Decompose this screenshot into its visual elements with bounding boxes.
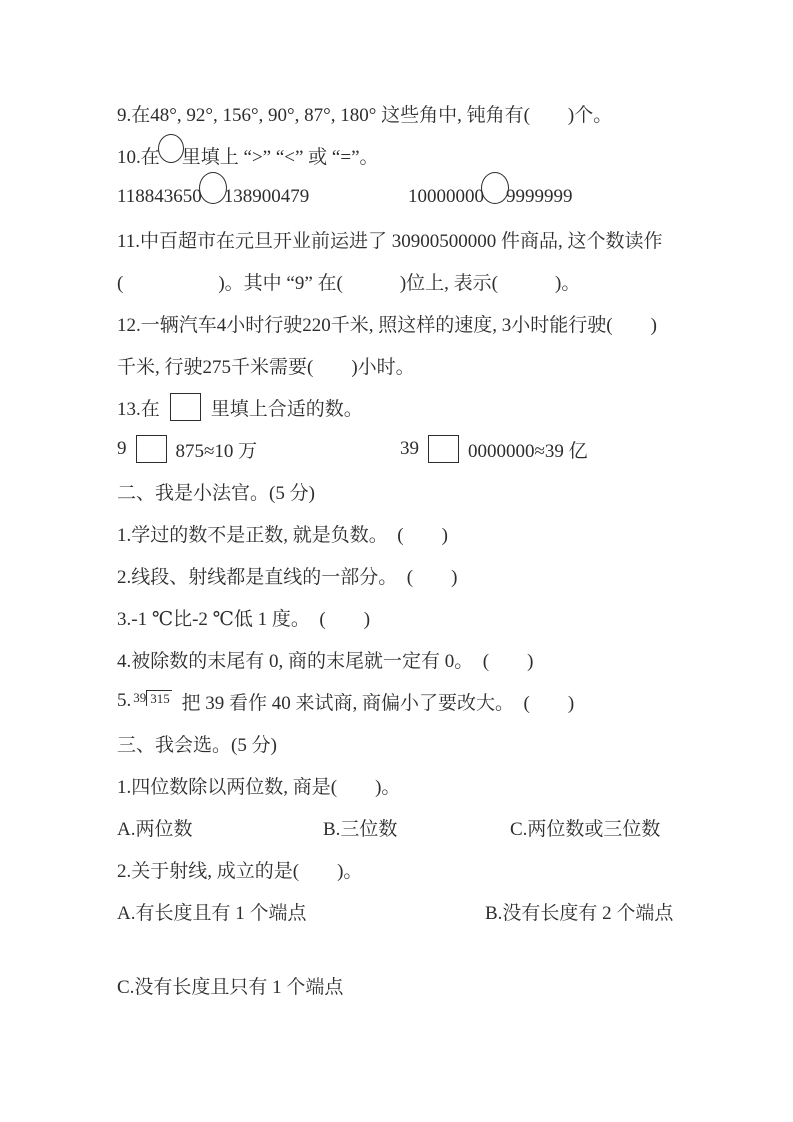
exam-content: 9.在48°, 92°, 156°, 90°, 87°, 180° 这些角中, … <box>117 92 737 1006</box>
question-11-line2: ( )。其中 “9” 在( )位上, 表示( )。 <box>117 260 737 302</box>
question-10-suffix: 里填上 “>” “<” 或 “=”。 <box>182 142 379 169</box>
answer-box-icon <box>136 435 167 463</box>
exam-page: 9.在48°, 92°, 156°, 90°, 87°, 180° 这些角中, … <box>0 0 793 1122</box>
comparison-circle-icon <box>158 134 184 163</box>
answer-box-icon <box>428 435 459 463</box>
choice-2-option-a: A.有长度且有 1 个端点 <box>117 898 485 925</box>
judge-item-5: 5. 39 315 把 39 看作 40 来试商, 商偏小了要改大。 ( ) <box>117 680 737 722</box>
question-12-line1: 12.一辆汽车4小时行驶220千米, 照这样的速度, 3小时能行驶( ) <box>117 302 737 344</box>
pair-1-left-number: 118843650 <box>117 186 202 208</box>
comparison-circle-icon <box>481 172 509 204</box>
question-13-items: 9 875≈10 万 39 0000000≈39 亿 <box>117 428 737 470</box>
choice-2-option-b: B.没有长度有 2 个端点 <box>485 898 673 925</box>
choice-2-option-c: C.没有长度且只有 1 个端点 <box>117 972 343 999</box>
division-divisor: 39 <box>133 690 146 705</box>
choice-question-1: 1.四位数除以两位数, 商是( )。 <box>117 764 737 806</box>
approx-2-prefix: 39 <box>400 438 419 460</box>
judge-item-5-text: 把 39 看作 40 来试商, 商偏小了要改大。 ( ) <box>177 688 574 715</box>
approx-1-suffix: 875≈10 万 <box>176 436 258 463</box>
choice-question-2-option-c: C.没有长度且只有 1 个端点 <box>117 964 737 1006</box>
choice-question-2-text: 2.关于射线, 成立的是( )。 <box>117 856 362 883</box>
choice-question-2: 2.关于射线, 成立的是( )。 <box>117 848 737 890</box>
judge-item-1-text: 1.学过的数不是正数, 就是负数。 ( ) <box>117 520 448 547</box>
question-12-line2: 千米, 行驶275千米需要( )小时。 <box>117 344 737 386</box>
judge-item-4-text: 4.被除数的末尾有 0, 商的末尾就一定有 0。 ( ) <box>117 646 533 673</box>
choice-1-option-c: C.两位数或三位数 <box>510 814 660 841</box>
comparison-circle-icon <box>199 172 227 204</box>
division-dividend: 315 <box>146 690 172 706</box>
choice-1-option-b: B.三位数 <box>323 814 510 841</box>
question-12-text-cont: 千米, 行驶275千米需要( )小时。 <box>117 352 415 379</box>
section-2-title-text: 二、我是小法官。(5 分) <box>117 478 315 505</box>
choice-question-1-options: A.两位数 B.三位数 C.两位数或三位数 <box>117 806 737 848</box>
section-2-title: 二、我是小法官。(5 分) <box>117 470 737 512</box>
approx-item-1: 9 875≈10 万 <box>117 435 400 463</box>
long-division-icon: 39 315 <box>133 690 172 706</box>
question-9: 9.在48°, 92°, 156°, 90°, 87°, 180° 这些角中, … <box>117 92 737 134</box>
question-10-title: 10.在 里填上 “>” “<” 或 “=”。 <box>117 134 737 176</box>
pair-2-right-number: 9999999 <box>506 186 573 208</box>
question-10-pairs: 118843650 138900479 10000000 9999999 <box>117 176 737 218</box>
approx-1-prefix: 9 <box>117 438 127 460</box>
question-10-prefix: 10.在 <box>117 142 160 169</box>
question-9-text: 9.在48°, 92°, 156°, 90°, 87°, 180° 这些角中, … <box>117 100 612 127</box>
judge-item-3-text: 3.-1 ℃比-2 ℃低 1 度。 ( ) <box>117 604 370 631</box>
judge-item-4: 4.被除数的末尾有 0, 商的末尾就一定有 0。 ( ) <box>117 638 737 680</box>
compare-pair-1: 118843650 138900479 <box>117 181 408 213</box>
question-11-line1: 11.中百超市在元旦开业前运进了 30900500000 件商品, 这个数读作 <box>117 218 737 260</box>
answer-box-icon <box>170 393 201 421</box>
approx-2-suffix: 0000000≈39 亿 <box>468 436 588 463</box>
section-3-title-text: 三、我会选。(5 分) <box>117 730 277 757</box>
compare-pair-2: 10000000 9999999 <box>408 181 573 213</box>
judge-item-1: 1.学过的数不是正数, 就是负数。 ( ) <box>117 512 737 554</box>
question-12-text: 12.一辆汽车4小时行驶220千米, 照这样的速度, 3小时能行驶( ) <box>117 310 657 337</box>
judge-item-3: 3.-1 ℃比-2 ℃低 1 度。 ( ) <box>117 596 737 638</box>
question-13-prefix: 13.在 <box>117 394 160 421</box>
judge-item-2-text: 2.线段、射线都是直线的一部分。 ( ) <box>117 562 457 589</box>
question-13-suffix: 里填上合适的数。 <box>211 394 363 421</box>
question-11-text: 11.中百超市在元旦开业前运进了 30900500000 件商品, 这个数读作 <box>117 226 663 253</box>
question-13-title: 13.在 里填上合适的数。 <box>117 386 737 428</box>
approx-item-2: 39 0000000≈39 亿 <box>400 435 588 463</box>
section-3-title: 三、我会选。(5 分) <box>117 722 737 764</box>
judge-item-2: 2.线段、射线都是直线的一部分。 ( ) <box>117 554 737 596</box>
choice-question-1-text: 1.四位数除以两位数, 商是( )。 <box>117 772 400 799</box>
choice-question-2-options-ab: A.有长度且有 1 个端点 B.没有长度有 2 个端点 <box>117 890 737 932</box>
judge-item-5-number: 5. <box>117 690 131 712</box>
question-11-blanks: ( )。其中 “9” 在( )位上, 表示( )。 <box>117 268 580 295</box>
pair-1-right-number: 138900479 <box>224 186 310 208</box>
choice-1-option-a: A.两位数 <box>117 814 323 841</box>
pair-2-left-number: 10000000 <box>408 186 484 208</box>
